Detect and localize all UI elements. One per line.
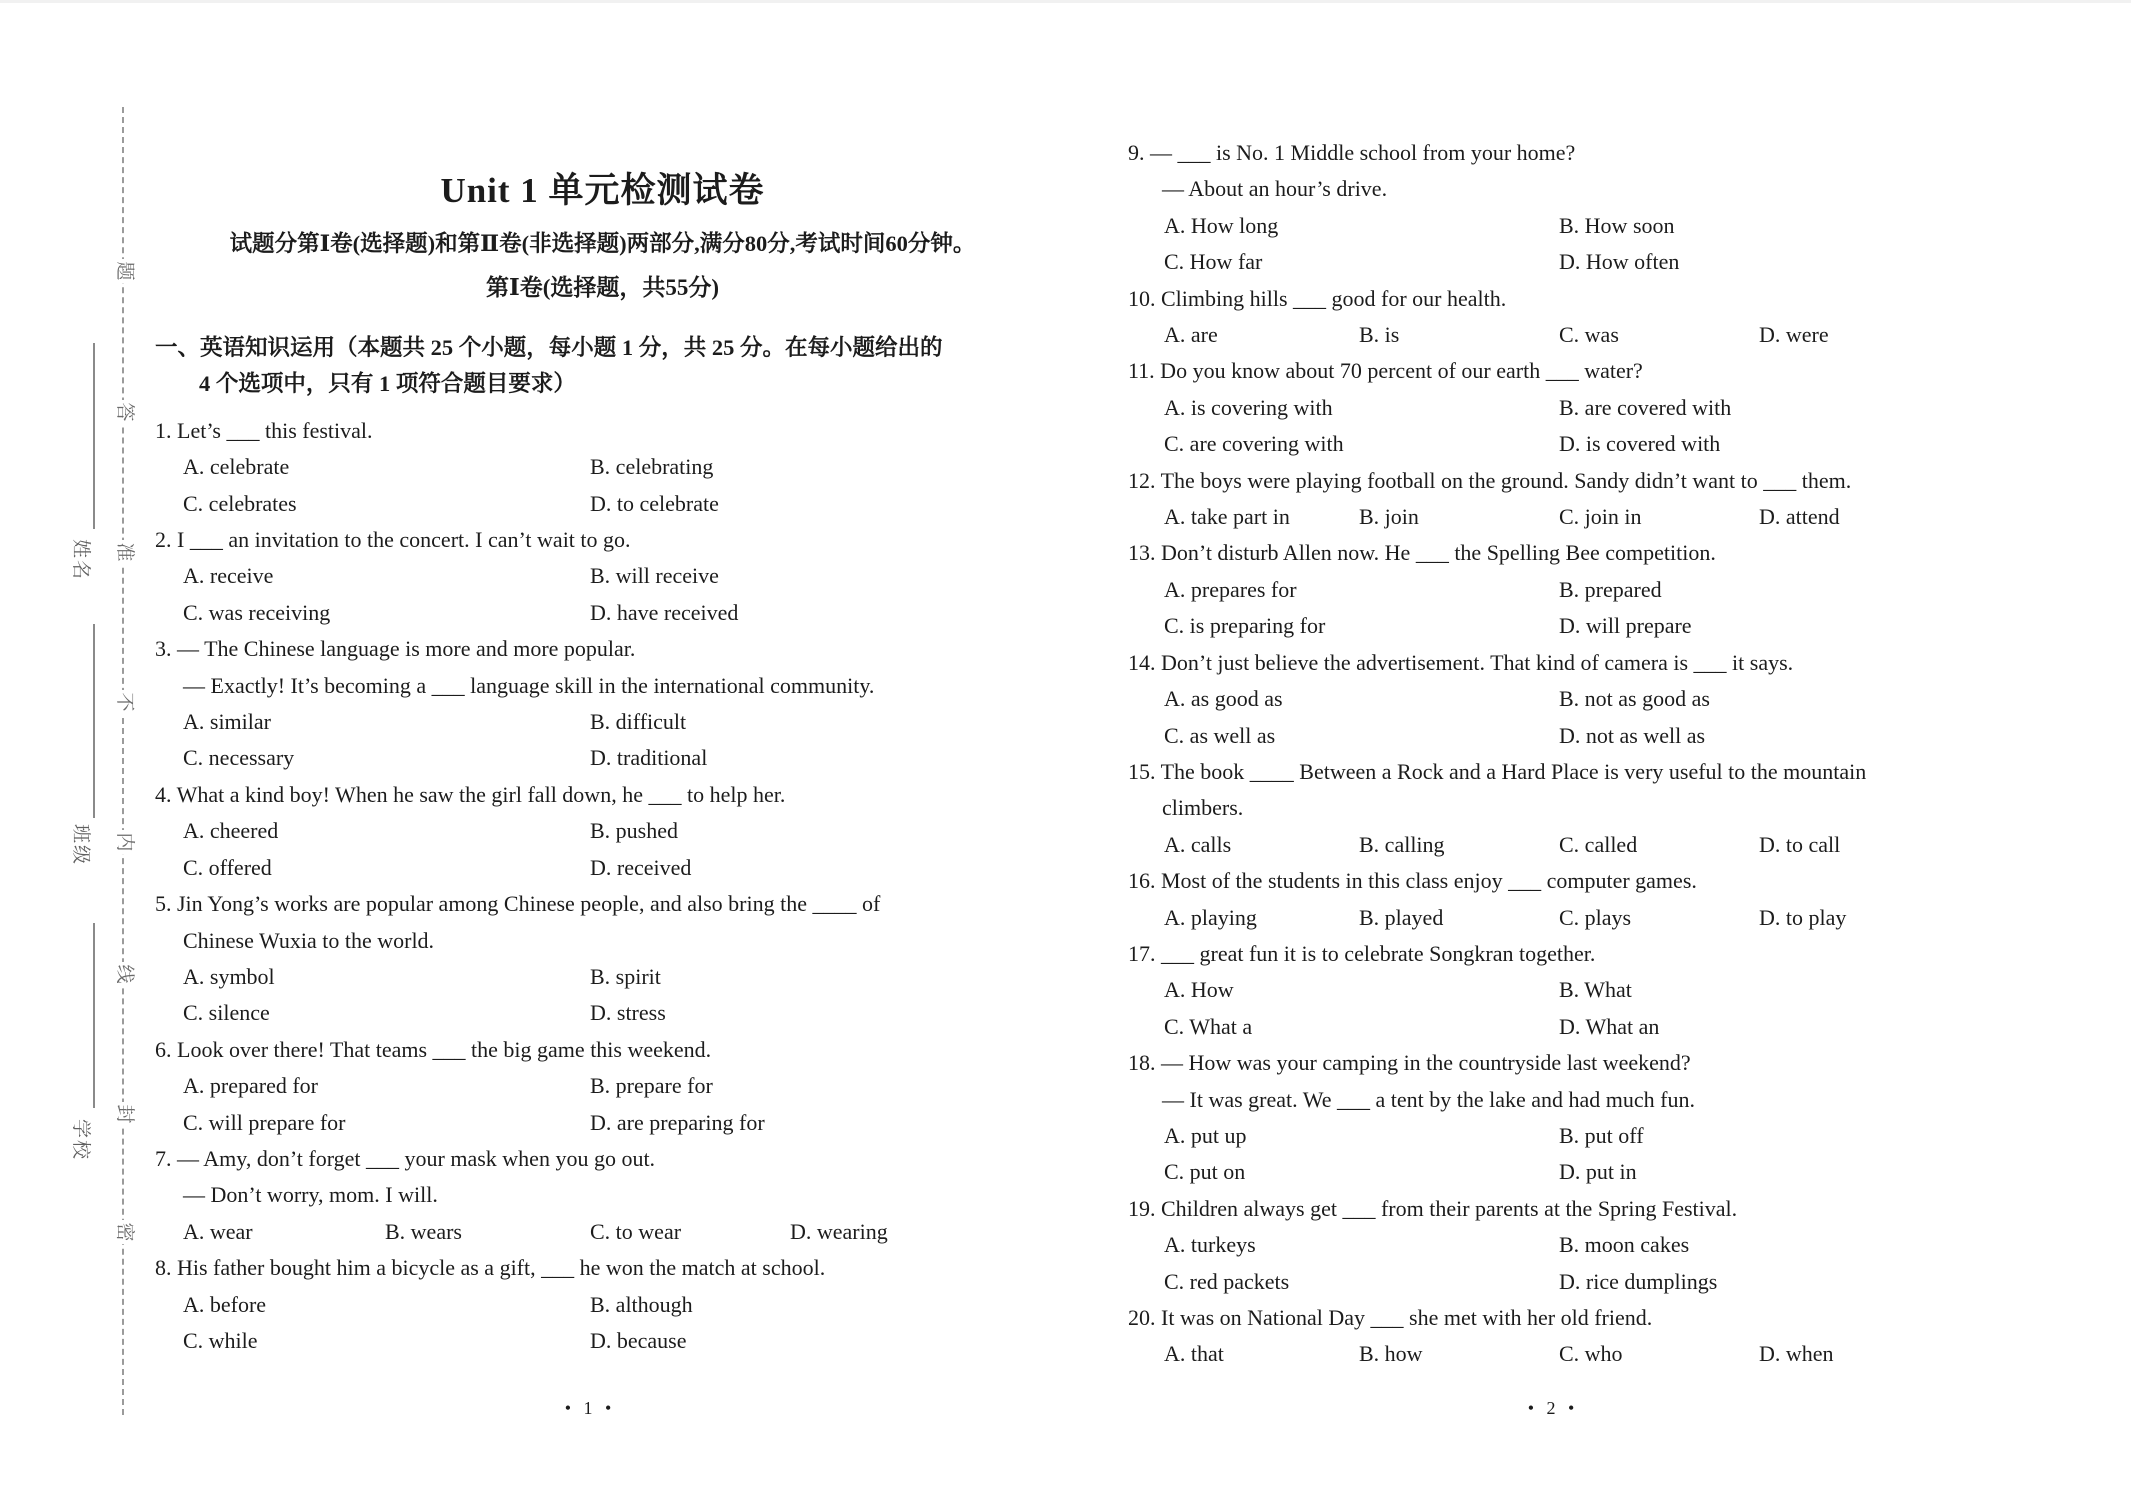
answer-option: D. to call xyxy=(1759,827,2000,863)
answer-option: C. who xyxy=(1559,1336,1759,1372)
name-label: 姓名 xyxy=(69,537,91,583)
answer-option: D. because xyxy=(590,1323,1050,1359)
answer-option: C. What a xyxy=(1164,1009,1559,1045)
option-row: A. areB. isC. wasD. were xyxy=(1128,317,2000,353)
answer-option: B. calling xyxy=(1359,827,1559,863)
question-item: 15. The book ____ Between a Rock and a H… xyxy=(1128,754,2000,863)
answer-option: A. prepared for xyxy=(183,1068,590,1104)
answer-option: B. although xyxy=(590,1287,1050,1323)
option-row: A. wearB. wearsC. to wearD. wearing xyxy=(155,1214,1050,1250)
answer-option: D. received xyxy=(590,850,1050,886)
answer-option: C. join in xyxy=(1559,499,1759,535)
answer-option: D. wearing xyxy=(790,1214,1050,1250)
option-row: A. similarB. difficult xyxy=(155,704,1050,740)
answer-option: D. to play xyxy=(1759,900,2000,936)
answer-option: C. called xyxy=(1559,827,1759,863)
option-row: A. as good asB. not as good as xyxy=(1128,681,2000,717)
question-stem-line: 2. I ___ an invitation to the concert. I… xyxy=(155,522,1050,558)
option-row: A. is covering withB. are covered with xyxy=(1128,390,2000,426)
seal-line-char: 准 xyxy=(111,540,137,564)
class-label: 班级 xyxy=(69,822,91,868)
question-stem-line: 17. ___ great fun it is to celebrate Son… xyxy=(1128,936,2000,972)
option-row: C. celebratesD. to celebrate xyxy=(155,486,1050,522)
exam-subtitle: 试题分第Ⅰ卷(选择题)和第Ⅱ卷(非选择题)两部分,满分80分,考试时间60分钟。 xyxy=(155,228,1050,260)
answer-option: B. put off xyxy=(1559,1118,2000,1154)
answer-option: B. not as good as xyxy=(1559,681,2000,717)
question-item: 13. Don’t disturb Allen now. He ___ the … xyxy=(1128,535,2000,644)
question-stem-line: climbers. xyxy=(1128,790,2000,826)
option-row: A. turkeysB. moon cakes xyxy=(1128,1227,2000,1263)
question-item: 10. Climbing hills ___ good for our heal… xyxy=(1128,281,2000,354)
option-row: A. beforeB. although xyxy=(155,1287,1050,1323)
question-item: 19. Children always get ___ from their p… xyxy=(1128,1191,2000,1300)
answer-option: B. played xyxy=(1359,900,1559,936)
question-item: 1. Let’s ___ this festival.A. celebrateB… xyxy=(155,413,1050,522)
answer-option: C. silence xyxy=(183,995,590,1031)
answer-option: C. celebrates xyxy=(183,486,590,522)
answer-option: C. put on xyxy=(1164,1154,1559,1190)
answer-option: B. difficult xyxy=(590,704,1050,740)
answer-option: D. when xyxy=(1759,1336,2000,1372)
option-row: A. receiveB. will receive xyxy=(155,558,1050,594)
answer-option: B. how xyxy=(1359,1336,1559,1372)
question-stem-line: 3. — The Chinese language is more and mo… xyxy=(155,631,1050,667)
option-row: C. How farD. How often xyxy=(1128,244,2000,280)
question-item: 18. — How was your camping in the countr… xyxy=(1128,1045,2000,1191)
answer-option: D. stress xyxy=(590,995,1050,1031)
answer-option: A. is covering with xyxy=(1164,390,1559,426)
question-stem-line: 16. Most of the students in this class e… xyxy=(1128,863,2000,899)
question-stem-line: 6. Look over there! That teams ___ the b… xyxy=(155,1032,1050,1068)
answer-option: A. playing xyxy=(1164,900,1359,936)
option-row: A. symbolB. spirit xyxy=(155,959,1050,995)
seal-line-char: 答 xyxy=(111,400,137,424)
answer-option: B. moon cakes xyxy=(1559,1227,2000,1263)
answer-option: B. celebrating xyxy=(590,449,1050,485)
answer-option: B. will receive xyxy=(590,558,1050,594)
question-item: 2. I ___ an invitation to the concert. I… xyxy=(155,522,1050,631)
question-item: 7. — Amy, don’t forget ___ your mask whe… xyxy=(155,1141,1050,1250)
option-row: C. will prepare forD. are preparing for xyxy=(155,1105,1050,1141)
option-row: C. are covering withD. is covered with xyxy=(1128,426,2000,462)
option-row: C. whileD. because xyxy=(155,1323,1050,1359)
question-item: 14. Don’t just believe the advertisement… xyxy=(1128,645,2000,754)
option-row: A. prepares forB. prepared xyxy=(1128,572,2000,608)
question-stem-line: 10. Climbing hills ___ good for our heal… xyxy=(1128,281,2000,317)
question-stem-line: 12. The boys were playing football on th… xyxy=(1128,463,2000,499)
option-row: A. cheeredB. pushed xyxy=(155,813,1050,849)
seal-line-char: 题 xyxy=(111,259,137,283)
option-row: C. put onD. put in xyxy=(1128,1154,2000,1190)
question-stem-line: 13. Don’t disturb Allen now. He ___ the … xyxy=(1128,535,2000,571)
question-stem-line: 9. — ___ is No. 1 Middle school from you… xyxy=(1128,135,2000,171)
answer-option: C. red packets xyxy=(1164,1264,1559,1300)
question-stem-line: 15. The book ____ Between a Rock and a H… xyxy=(1128,754,2000,790)
question-item: 20. It was on National Day ___ she met w… xyxy=(1128,1300,2000,1373)
answer-option: B. are covered with xyxy=(1559,390,2000,426)
answer-option: A. put up xyxy=(1164,1118,1559,1154)
seal-dashed-line xyxy=(122,107,124,1415)
school-label: 学校 xyxy=(69,1117,91,1163)
answer-option: A. calls xyxy=(1164,827,1359,863)
answer-option: C. is preparing for xyxy=(1164,608,1559,644)
option-row: A. take part inB. joinC. join inD. atten… xyxy=(1128,499,2000,535)
answer-option: C. plays xyxy=(1559,900,1759,936)
answer-option: A. that xyxy=(1164,1336,1359,1372)
option-row: C. red packetsD. rice dumplings xyxy=(1128,1264,2000,1300)
answer-option: B. join xyxy=(1359,499,1559,535)
answer-option: D. What an xyxy=(1559,1009,2000,1045)
option-row: A. How longB. How soon xyxy=(1128,208,2000,244)
answer-option: A. wear xyxy=(183,1214,385,1250)
option-row: A. put upB. put off xyxy=(1128,1118,2000,1154)
answer-option: D. is covered with xyxy=(1559,426,2000,462)
answer-option: C. to wear xyxy=(590,1214,790,1250)
question-stem-line: — About an hour’s drive. xyxy=(1128,171,2000,207)
question-stem-line: 4. What a kind boy! When he saw the girl… xyxy=(155,777,1050,813)
question-stem-line: 11. Do you know about 70 percent of our … xyxy=(1128,353,2000,389)
exam-page-left: Unit 1 单元检测试卷 试题分第Ⅰ卷(选择题)和第Ⅱ卷(非选择题)两部分,满… xyxy=(155,168,1050,1359)
seal-line-char: 内 xyxy=(111,830,137,854)
answer-option: A. as good as xyxy=(1164,681,1559,717)
option-row: A. celebrateB. celebrating xyxy=(155,449,1050,485)
answer-option: A. receive xyxy=(183,558,590,594)
option-row: C. necessaryD. traditional xyxy=(155,740,1050,776)
exam-page-right: 9. — ___ is No. 1 Middle school from you… xyxy=(1128,125,2000,1373)
question-stem-line: 1. Let’s ___ this festival. xyxy=(155,413,1050,449)
page-title: Unit 1 单元检测试卷 xyxy=(155,168,1050,214)
question-item: 16. Most of the students in this class e… xyxy=(1128,863,2000,936)
question-stem-line: 5. Jin Yong’s works are popular among Ch… xyxy=(155,886,1050,922)
answer-option: C. while xyxy=(183,1323,590,1359)
question-stem-line: 20. It was on National Day ___ she met w… xyxy=(1128,1300,2000,1336)
question-item: 17. ___ great fun it is to celebrate Son… xyxy=(1128,936,2000,1045)
question-stem-line: 14. Don’t just believe the advertisement… xyxy=(1128,645,2000,681)
answer-option: C. offered xyxy=(183,850,590,886)
option-row: A. playingB. playedC. playsD. to play xyxy=(1128,900,2000,936)
option-row: C. silenceD. stress xyxy=(155,995,1050,1031)
question-stem-line: 18. — How was your camping in the countr… xyxy=(1128,1045,2000,1081)
section-heading: 一、英语知识运用（本题共 25 个小题，每小题 1 分，共 25 分。在每小题给… xyxy=(155,330,1050,403)
answer-option: C. necessary xyxy=(183,740,590,776)
answer-option: A. How xyxy=(1164,972,1559,1008)
answer-option: A. prepares for xyxy=(1164,572,1559,608)
answer-option: D. How often xyxy=(1559,244,2000,280)
question-list-right: 9. — ___ is No. 1 Middle school from you… xyxy=(1128,135,2000,1373)
seal-line-char: 密 xyxy=(111,1220,137,1244)
answer-option: C. will prepare for xyxy=(183,1105,590,1141)
name-blank-line xyxy=(93,343,95,529)
question-stem-line: — Don’t worry, mom. I will. xyxy=(155,1177,1050,1213)
question-item: 8. His father bought him a bicycle as a … xyxy=(155,1250,1050,1359)
option-row: C. as well asD. not as well as xyxy=(1128,718,2000,754)
answer-option: A. symbol xyxy=(183,959,590,995)
page-number-1: • 1 • xyxy=(530,1398,650,1419)
answer-option: B. wears xyxy=(385,1214,590,1250)
section-heading-line2: 4 个选项中，只有 1 项符合题目要求） xyxy=(155,366,1050,402)
option-row: A. thatB. howC. whoD. when xyxy=(1128,1336,2000,1372)
answer-option: C. was xyxy=(1559,317,1759,353)
question-stem-line: Chinese Wuxia to the world. xyxy=(155,923,1050,959)
option-row: A. callsB. callingC. calledD. to call xyxy=(1128,827,2000,863)
answer-option: B. How soon xyxy=(1559,208,2000,244)
answer-option: A. turkeys xyxy=(1164,1227,1559,1263)
answer-option: D. not as well as xyxy=(1559,718,2000,754)
seal-line-char: 不 xyxy=(111,690,137,714)
answer-option: B. pushed xyxy=(590,813,1050,849)
option-row: C. was receivingD. have received xyxy=(155,595,1050,631)
option-row: C. is preparing forD. will prepare xyxy=(1128,608,2000,644)
answer-option: A. celebrate xyxy=(183,449,590,485)
question-item: 12. The boys were playing football on th… xyxy=(1128,463,2000,536)
answer-option: D. rice dumplings xyxy=(1559,1264,2000,1300)
section-heading-line1: 一、英语知识运用（本题共 25 个小题，每小题 1 分，共 25 分。在每小题给… xyxy=(155,330,1050,366)
answer-option: A. before xyxy=(183,1287,590,1323)
question-stem-line: 19. Children always get ___ from their p… xyxy=(1128,1191,2000,1227)
question-stem-line: 8. His father bought him a bicycle as a … xyxy=(155,1250,1050,1286)
answer-option: A. take part in xyxy=(1164,499,1359,535)
question-item: 4. What a kind boy! When he saw the girl… xyxy=(155,777,1050,886)
question-stem-line: — Exactly! It’s becoming a ___ language … xyxy=(155,668,1050,704)
answer-option: B. What xyxy=(1559,972,2000,1008)
seal-line-char: 线 xyxy=(111,962,137,986)
answer-option: D. were xyxy=(1759,317,2000,353)
answer-option: D. will prepare xyxy=(1559,608,2000,644)
school-blank-line xyxy=(93,923,95,1108)
answer-option: D. have received xyxy=(590,595,1050,631)
answer-option: C. was receiving xyxy=(183,595,590,631)
answer-option: D. are preparing for xyxy=(590,1105,1050,1141)
option-row: A. HowB. What xyxy=(1128,972,2000,1008)
part-heading: 第Ⅰ卷(选择题，共55分) xyxy=(155,272,1050,304)
page-number-2: • 2 • xyxy=(1493,1398,1613,1419)
question-item: 6. Look over there! That teams ___ the b… xyxy=(155,1032,1050,1141)
option-row: C. offeredD. received xyxy=(155,850,1050,886)
answer-option: D. traditional xyxy=(590,740,1050,776)
answer-option: D. attend xyxy=(1759,499,2000,535)
question-stem-line: — It was great. We ___ a tent by the lak… xyxy=(1128,1082,2000,1118)
exam-sheet: 题答准不内线封密 姓名 班级 学校 Unit 1 单元检测试卷 试题分第Ⅰ卷(选… xyxy=(0,0,2131,1508)
class-blank-line xyxy=(93,624,95,818)
answer-option: D. put in xyxy=(1559,1154,2000,1190)
seal-line-char: 封 xyxy=(111,1102,137,1126)
answer-option: B. prepared xyxy=(1559,572,2000,608)
question-item: 5. Jin Yong’s works are popular among Ch… xyxy=(155,886,1050,1032)
option-row: A. prepared forB. prepare for xyxy=(155,1068,1050,1104)
answer-option: A. How long xyxy=(1164,208,1559,244)
option-row: C. What aD. What an xyxy=(1128,1009,2000,1045)
answer-option: C. as well as xyxy=(1164,718,1559,754)
question-list-left: 1. Let’s ___ this festival.A. celebrateB… xyxy=(155,413,1050,1360)
question-stem-line: 7. — Amy, don’t forget ___ your mask whe… xyxy=(155,1141,1050,1177)
question-item: 9. — ___ is No. 1 Middle school from you… xyxy=(1128,135,2000,281)
answer-option: B. prepare for xyxy=(590,1068,1050,1104)
answer-option: A. are xyxy=(1164,317,1359,353)
answer-option: B. spirit xyxy=(590,959,1050,995)
answer-option: C. How far xyxy=(1164,244,1559,280)
answer-option: A. similar xyxy=(183,704,590,740)
question-item: 3. — The Chinese language is more and mo… xyxy=(155,631,1050,777)
answer-option: C. are covering with xyxy=(1164,426,1559,462)
question-item: 11. Do you know about 70 percent of our … xyxy=(1128,353,2000,462)
answer-option: B. is xyxy=(1359,317,1559,353)
answer-option: A. cheered xyxy=(183,813,590,849)
answer-option: D. to celebrate xyxy=(590,486,1050,522)
